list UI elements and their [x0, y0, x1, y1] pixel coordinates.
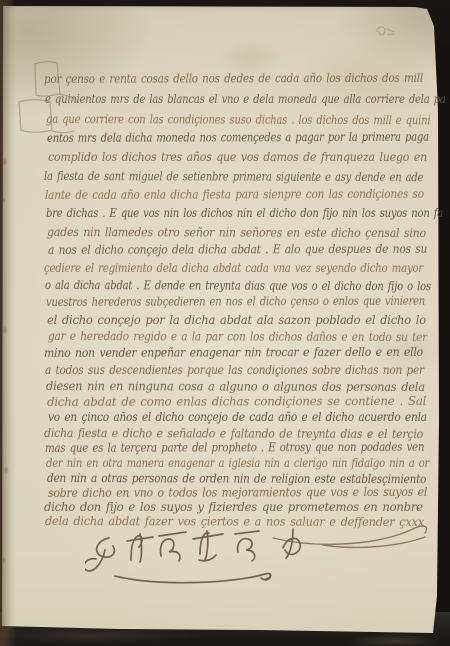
manuscript-line: a nos el dicho conçejo dela dicha abdat … [48, 241, 427, 257]
manuscript-line: sobre dicho en vno o todos los mejoramie… [48, 484, 427, 500]
manuscript-line: vo en çinco años el dicho conçejo de cad… [48, 409, 427, 424]
manuscript-line: ga que corriere con las condiçiones suso… [46, 111, 430, 127]
manuscript-line: der nin en otra manera enagenar a iglesi… [46, 455, 429, 470]
manuscript-line: o ala dicha abdat . E dende en treynta d… [45, 277, 431, 293]
margin-sketch-doodle [12, 55, 78, 143]
manuscript-line: entos mrs dela dicha moneda nos començed… [47, 129, 429, 145]
manuscript-line: gar e heredado regido e a la par con los… [48, 328, 427, 344]
manuscript-line: complido los dichos tres años que vos da… [48, 149, 427, 164]
notary-signature [85, 524, 385, 590]
manuscript-line: diesen nin en ninguna cosa a alguno o al… [46, 378, 425, 394]
folio-mark [372, 22, 398, 40]
manuscript-line: vuestros herederos subçedieren en nos el… [46, 293, 425, 309]
manuscript-line: e quinientos mrs de las blancas el vno e… [45, 91, 446, 106]
manuscript-line: bre dichas . E que vos nin los dichos ni… [46, 205, 443, 220]
manuscript-line: lante de cada año enla dicha fiesta para… [45, 186, 424, 202]
manuscript-line: el dicho conçejo por la dicha abdat ala … [47, 312, 426, 327]
manuscript-line: dicha abdat de como enlas dichas condiçi… [47, 393, 426, 409]
manuscript-line: gades nin llamedes otro señor nin señore… [47, 224, 426, 240]
manuscript-line: çediere el regimiento dela dicha abdat c… [44, 260, 423, 275]
manuscript-line: la fiesta de sant miguel de setienbre pr… [44, 168, 423, 184]
manuscript-line: mas que es la terçera parte del propheto… [45, 439, 424, 455]
manuscript-line: mino non vender enpeñar enagenar nin tro… [44, 344, 423, 360]
manuscript-line: a todos sus descendientes porque las con… [45, 362, 424, 377]
manuscript-photo: { "manuscript": { "lines": [ "por çenso … [0, 0, 450, 646]
manuscript-line: por çenso e renta cosas dello nos dedes … [44, 70, 423, 86]
